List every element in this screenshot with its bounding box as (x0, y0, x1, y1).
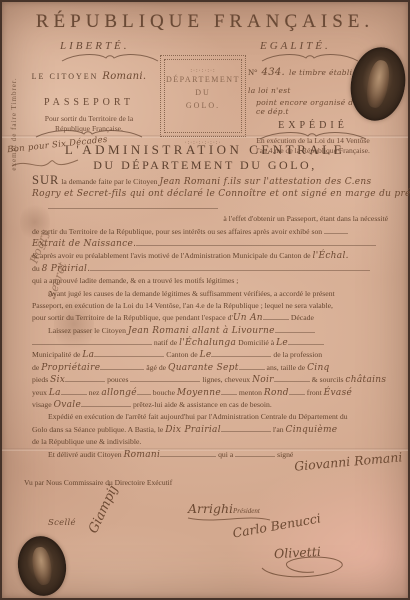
body-line: pieds Six pouces lignes, cheveux Noir & … (32, 372, 388, 384)
body-line: yeux La nez allongé bouche Moyenne mento… (32, 385, 388, 397)
commissaire-note: Vu par Nous Commissaire du Directoire Ex… (24, 478, 172, 487)
body-line: Municipalité de La Canton de Le de la pr… (32, 347, 388, 359)
printed-text: signé (275, 450, 293, 459)
printed-text: Décade (289, 313, 314, 322)
passport-document: RÉPUBLIQUE FRANÇAISE. LIBERTÉ. EGALITÉ. … (0, 0, 410, 600)
body-line: Golo dans sa Séance publique. A Bastia, … (32, 422, 388, 434)
printed-text: à l'effet d'obtenir un Passeport, étant … (223, 214, 388, 223)
handwritten-text: Cinquième (286, 425, 338, 435)
body-line: Extrait de Naissance. (32, 236, 388, 248)
handwritten-text: La (82, 350, 94, 360)
document-title: RÉPUBLIQUE FRANÇAISE. (2, 11, 408, 33)
printed-text: bouche (151, 388, 177, 397)
passport-title: PASSEPORT (18, 97, 160, 108)
blank-line (137, 386, 151, 395)
printed-text: Laissez passer le Citoyen (48, 326, 128, 335)
printed-text: ans, taille de (265, 363, 307, 372)
motto-liberty: LIBERTÉ. (60, 40, 130, 52)
signature-giampij: Giampij (86, 483, 121, 536)
stamp-line3: GOLO. (165, 101, 241, 110)
body-line: qui a approuvé ladite demande, & en a tr… (32, 273, 388, 285)
blank-line (263, 311, 289, 320)
seal-emblem-icon (364, 59, 391, 109)
printed-text: de (32, 363, 41, 372)
printed-text: qui a (216, 450, 235, 459)
handwritten-text: Romani (124, 450, 161, 460)
number-label: N° (248, 67, 258, 77)
printed-text: menton (237, 388, 264, 397)
number-value-handwritten: 434. (262, 67, 285, 78)
printed-text: Municipalité de (32, 350, 82, 359)
body-line: & après avoir eu préalablement l'avis mo… (32, 248, 388, 260)
body-line: Passeport, en exécution de la Loi du 14 … (32, 298, 388, 310)
printed-text: Passeport, en exécution de la Loi du 14 … (32, 301, 333, 310)
printed-text: Expédié en exécution de l'arrêté fait au… (48, 412, 348, 421)
printed-text: Domicilié à (236, 338, 276, 347)
blank-line (221, 386, 237, 395)
handwritten-text: Noir (252, 375, 274, 385)
blank-line (130, 373, 200, 382)
admin-heading-line1: L'ADMINISTRATION CENTRALE (2, 142, 408, 158)
blank-line (211, 348, 271, 357)
printed-text: visage (32, 400, 54, 409)
department-stamp: :·:·:·:·: DÉPARTEMENT DU GOLO. (164, 59, 242, 133)
printed-text: Canton de (164, 350, 199, 359)
blank-line (48, 200, 218, 209)
printed-text: Ayant jugé les causes de la demande légi… (48, 289, 335, 298)
body-line: du 8 Prairial. (32, 261, 388, 273)
body-line: visage Ovale prêtez-lui aide & assistanc… (32, 397, 388, 409)
handwritten-text: Six (50, 375, 65, 385)
body-line (32, 199, 388, 211)
stamp-line2: DU (165, 88, 241, 97)
body-line: de sortir du Territoire de la République… (32, 224, 388, 236)
body-line: à l'effet d'obtenir un Passeport, étant … (32, 211, 388, 223)
printed-text: Golo dans sa Séance publique. A Bastia, … (32, 425, 165, 434)
handwritten-text: châtains (345, 375, 386, 385)
blank-line (32, 336, 152, 345)
blank-line (275, 324, 315, 333)
printed-text: qui a approuvé ladite demande, & en a tr… (32, 276, 238, 285)
printed-text: nez (87, 388, 102, 397)
handwritten-text: Rogry et Secret-fils qui ont déclaré le … (32, 189, 410, 199)
printed-text: l'an (271, 425, 286, 434)
printed-text: pour sortir du Territoire de la Républiq… (32, 313, 233, 322)
stamp-ornament-top: :·:·:·:·: (165, 68, 241, 75)
body-line: Expédié en exécution de l'arrêté fait au… (32, 409, 388, 421)
citizen-name-handwritten: Romani. (102, 71, 146, 82)
printed-text: prêtez-lui aide & assistance en cas de b… (131, 400, 272, 409)
body-line: de Propriétaire âgé de Quarante Sept ans… (32, 360, 388, 372)
printed-text: & après avoir eu préalablement l'avis mo… (32, 251, 313, 260)
seal-label: Scellé (48, 518, 76, 528)
handwritten-text: Dix Prairial (165, 425, 221, 435)
blank-line (239, 361, 265, 370)
printed-text: yeux (32, 388, 49, 397)
blank-line (100, 361, 144, 370)
body-line: natif de l'Échalunga Domicilié à Le (32, 335, 388, 347)
handwritten-text: Évasé (324, 388, 352, 398)
body-lines: SUR la demande faite par le Citoyen Jean… (32, 174, 388, 459)
body-line: Laissez passer le Citoyen Jean Romani al… (32, 323, 388, 335)
printed-text: de la République une & indivisible. (32, 437, 141, 446)
swash-ornament (258, 130, 368, 142)
blank-line (136, 237, 376, 246)
blank-line (61, 386, 87, 395)
body-line: de la République une & indivisible. (32, 434, 388, 446)
blank-line (324, 225, 348, 234)
printed-text: pouces (105, 375, 130, 384)
passport-subtitle-line1: Pour sortir du Territoire de la (18, 114, 160, 124)
handwritten-text: Un An (233, 313, 263, 323)
body-line: Rogry et Secret-fils qui ont déclaré le … (32, 186, 388, 198)
blank-line (160, 448, 216, 457)
printed-text: de la profession (271, 350, 322, 359)
blank-line (221, 423, 271, 432)
printed-text: du (32, 264, 42, 273)
body-line: Ayant jugé les causes de la demande légi… (32, 286, 388, 298)
blank-line (81, 398, 131, 407)
seal-figure-icon (31, 546, 53, 586)
printed-text: de sortir du Territoire de la République… (32, 227, 324, 236)
body-line: pour sortir du Territoire de la Républiq… (32, 310, 388, 322)
signature-oval-flourish (254, 554, 350, 582)
handwritten-text: Le (200, 350, 212, 360)
blank-line (65, 373, 105, 382)
printed-text: âgé de (144, 363, 168, 372)
printed-text: natif de (152, 338, 179, 347)
blank-line (90, 262, 370, 271)
blank-line (288, 336, 324, 345)
motto-equality: EGALITÉ. (260, 40, 331, 52)
printed-text: pieds (32, 375, 50, 384)
citizen-label: LE CITOYEN (32, 72, 99, 81)
printed-text: lignes, cheveux (200, 375, 252, 384)
stamp-line1: DÉPARTEMENT (165, 75, 241, 84)
body-line: SUR la demande faite par le Citoyen Jean… (32, 174, 388, 186)
printed-text: SUR (32, 173, 59, 187)
printed-text: front (305, 388, 324, 397)
blank-line (274, 373, 310, 382)
blank-line (289, 386, 305, 395)
handwritten-text: l'Échal. (313, 251, 349, 261)
left-column: LE CITOYEN Romani. PASSEPORT Pour sortir… (18, 66, 160, 133)
wax-seal-bottom-icon (14, 533, 70, 599)
printed-text: Et délivré audit Citoyen (48, 450, 124, 459)
printed-text: la demande faite par le Citoyen (59, 177, 159, 186)
blank-line (235, 448, 275, 457)
swash-ornament (60, 52, 160, 64)
printed-text: & sourcils (310, 375, 346, 384)
blank-line (94, 348, 164, 357)
admin-heading-line2: DU DÉPARTEMENT DU GOLO, (2, 158, 408, 173)
